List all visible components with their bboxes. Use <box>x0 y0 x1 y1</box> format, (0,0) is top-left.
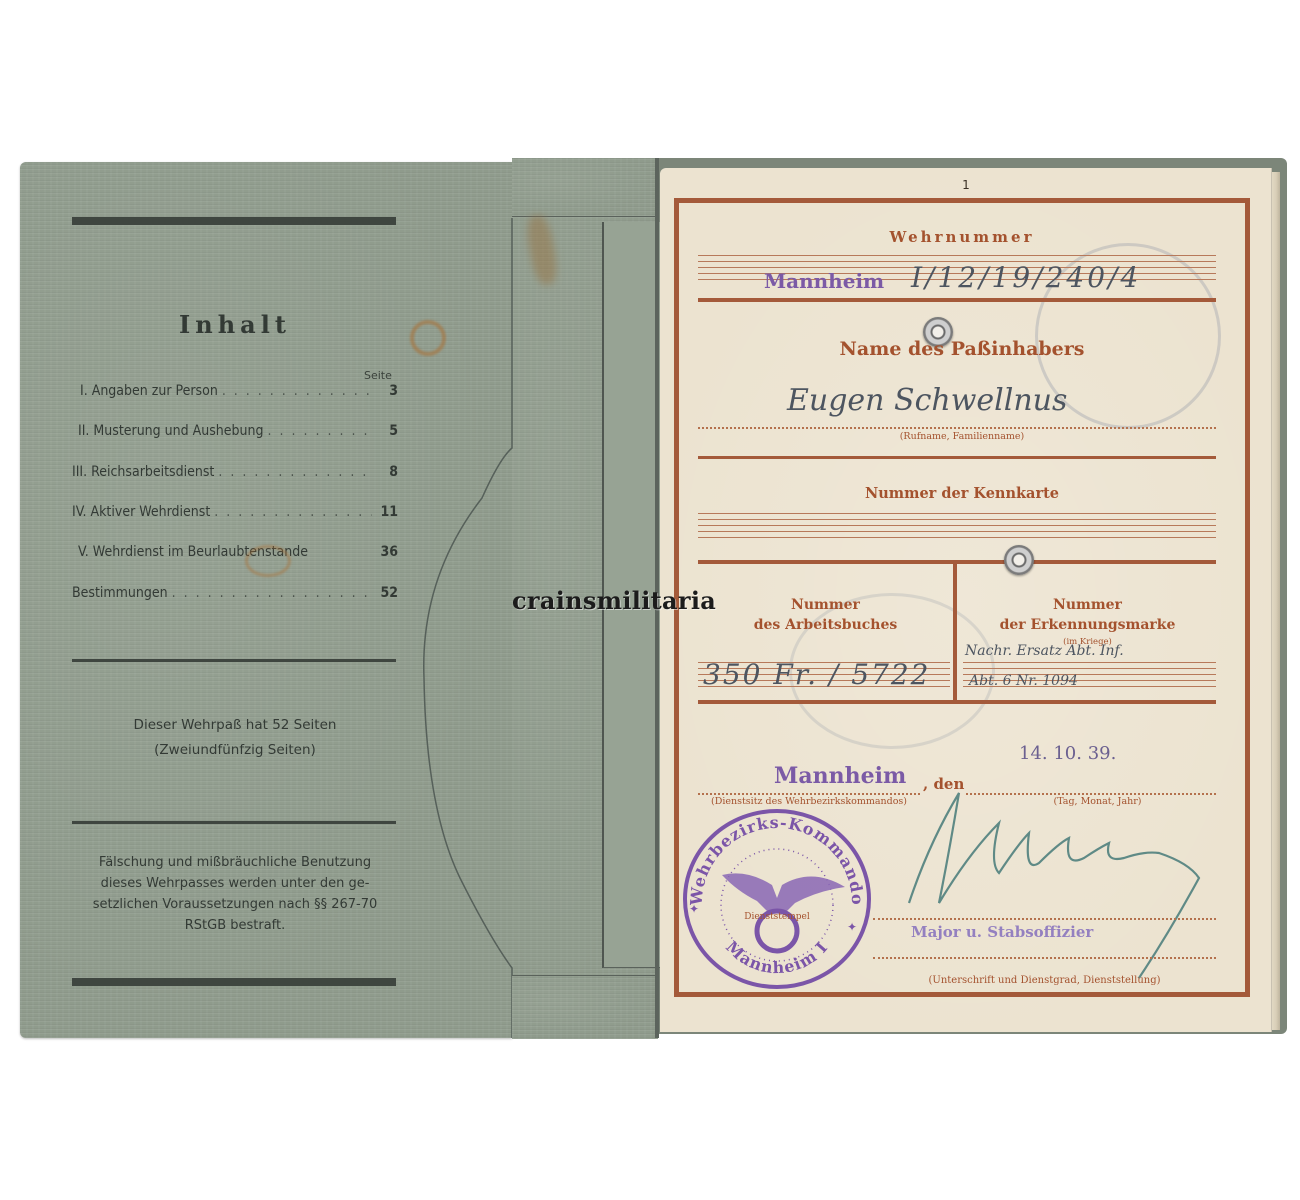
wehrnummer-value: I/12/19/240/4 <box>911 261 1141 294</box>
column-divider <box>953 560 957 700</box>
toc-item: IV. Aktiver Wehrdienst .................… <box>72 504 398 526</box>
svg-text:Dienststempel: Dienststempel <box>744 912 810 922</box>
date-stamp: 14. 10. 39. <box>1019 743 1116 764</box>
place-stamp: Mannheim <box>774 763 906 789</box>
rank-stamp: Major u. Stabsoffizier <box>911 923 1093 941</box>
wehrnummer-place-stamp: Mannheim <box>764 269 884 293</box>
wehrnummer-heading: Wehrnummer <box>679 228 1245 246</box>
official-seal-stamp: Wehrbezirks-Kommando Mannheim I ✦ ✦ Dien… <box>677 803 877 993</box>
erkennungsmarke-value-line1: Nachr. Ersatz Abt. Inf. <box>965 643 1124 659</box>
toc-item: Bestimmungen ................... 52 <box>72 585 398 607</box>
name-caption: (Rufname, Familienname) <box>679 431 1245 442</box>
toc-item: II. Musterung und Aushebung ............… <box>72 423 398 445</box>
kennkarte-heading: Nummer der Kennkarte <box>679 485 1245 502</box>
pocket-bottom-strip <box>512 975 658 1039</box>
toc-item: V. Wehrdienst im Beurlaubtenstande 36 <box>72 544 398 566</box>
watermark-text: crainsmilitaria <box>512 586 716 615</box>
dotted-line <box>873 918 1216 920</box>
section-rule <box>698 560 1216 564</box>
divider-rule <box>72 659 396 662</box>
stain <box>410 320 446 356</box>
page-frame: Wehrnummer Mannheim I/12/19/240/4 Name d… <box>674 198 1250 997</box>
section-rule <box>698 456 1216 459</box>
field-underline <box>698 298 1216 302</box>
arbeitsbuch-value: 350 Fr. / 5722 <box>703 658 930 691</box>
svg-text:Mannheim I: Mannheim I <box>722 937 832 977</box>
arbeitsbuch-heading: Nummer des Arbeitsbuches <box>698 595 953 635</box>
holder-name: Eugen Schwellnus <box>787 383 1067 418</box>
legal-notice: Fälschung und mißbräuchliche Benutzung d… <box>60 852 410 936</box>
toc-item: I. Angaben zur Person ..................… <box>72 383 398 405</box>
svg-text:Wehrbezirks-Kommando: Wehrbezirks-Kommando <box>687 813 868 907</box>
signature-caption: (Unterschrift und Dienstgrad, Dienststel… <box>873 975 1216 986</box>
stain <box>245 545 291 577</box>
page-number: 1 <box>660 178 1272 192</box>
toc-item: III. Reichsarbeitsdienst ...............… <box>72 464 398 486</box>
name-heading: Name des Paßinhabers <box>679 338 1245 360</box>
erkennungsmarke-value-line2: Abt. 6 Nr. 1094 <box>969 673 1078 689</box>
bottom-rule <box>72 978 396 986</box>
top-rule <box>72 217 396 225</box>
erkennungsmarke-heading: Nummer der Erkennungsmarke <box>959 595 1216 635</box>
page-count-note: Dieser Wehrpaß hat 52 Seiten (Zweiundfün… <box>60 713 410 763</box>
contents-title: Inhalt <box>20 310 450 339</box>
dotted-line <box>698 427 1216 429</box>
pocket-top-strip <box>512 158 658 217</box>
dotted-line <box>698 793 920 795</box>
svg-text:✦: ✦ <box>847 920 857 934</box>
eyelet <box>1004 545 1034 575</box>
section-rule <box>698 700 1216 704</box>
dotted-line <box>873 957 1216 959</box>
svg-text:✦: ✦ <box>689 902 699 916</box>
passport-page-1: 1 Wehrnummer Mannheim I/12/19/240/4 Name… <box>660 168 1272 1032</box>
ruled-lines <box>698 513 1216 543</box>
page-column-label: Seite <box>364 369 392 382</box>
divider-rule <box>72 821 396 824</box>
